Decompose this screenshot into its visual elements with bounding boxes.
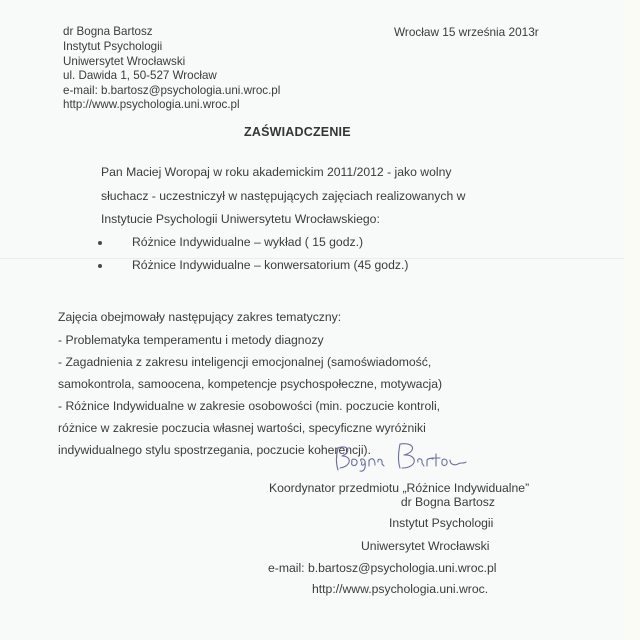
sender-university: Uniwersytet Wrocławski — [63, 55, 185, 69]
date-line: Wrocław 15 września 2013r — [394, 25, 539, 39]
sender-name: dr Bogna Bartosz — [63, 25, 153, 39]
scanned-document-page: dr Bogna Bartosz Instytut Psychologii Un… — [0, 0, 624, 640]
scan-edge-strip — [624, 0, 640, 640]
sender-website: http://www.psychologia.uni.wroc.pl — [63, 98, 240, 112]
intro-line: Instytucie Psychologii Uniwersytetu Wroc… — [101, 212, 380, 226]
course-item: Różnice Indywidualne – konwersatorium (4… — [132, 258, 408, 272]
document-title: ZAŚWIADCZENIE — [244, 125, 351, 139]
coordinator-title: Koordynator przedmiotu „Różnice Indywidu… — [269, 481, 529, 495]
scope-line: - Różnice Indywidualne w zakresie osobow… — [58, 399, 440, 413]
course-item: Różnice Indywidualne – wykład ( 15 godz.… — [132, 235, 363, 249]
scope-line: samokontrola, samoocena, kompetencje psy… — [58, 377, 442, 391]
sender-address: ul. Dawida 1, 50-527 Wrocław — [63, 69, 217, 83]
bullet-icon — [98, 264, 102, 268]
sender-email: e-mail: b.bartosz@psychologia.uni.wroc.p… — [63, 84, 280, 98]
coordinator-university: Uniwersytet Wrocławski — [361, 539, 489, 553]
scope-heading: Zajęcia obejmowały następujący zakres te… — [58, 310, 341, 324]
scope-line: - Problematyka temperamentu i metody dia… — [58, 333, 324, 347]
sender-institute: Instytut Psychologii — [63, 40, 162, 54]
handwritten-signature — [330, 438, 470, 476]
scope-line: - Zagadnienia z zakresu inteligencji emo… — [58, 355, 431, 369]
scope-line: różnice w zakresie poczucia własnej wart… — [58, 421, 426, 435]
coordinator-website: http://www.psychologia.uni.wroc. — [312, 582, 488, 596]
coordinator-name: dr Bogna Bartosz — [380, 495, 495, 509]
coordinator-institute: Instytut Psychologii — [389, 516, 493, 530]
bullet-icon — [98, 241, 102, 245]
coordinator-email: e-mail: b.bartosz@psychologia.uni.wroc.p… — [268, 561, 496, 575]
intro-line: Pan Maciej Woropaj w roku akademickim 20… — [101, 165, 451, 179]
scope-line: indywidualnego stylu spostrzegania, pocz… — [58, 443, 371, 457]
intro-line: słuchacz - uczestniczył w następujących … — [101, 189, 465, 203]
